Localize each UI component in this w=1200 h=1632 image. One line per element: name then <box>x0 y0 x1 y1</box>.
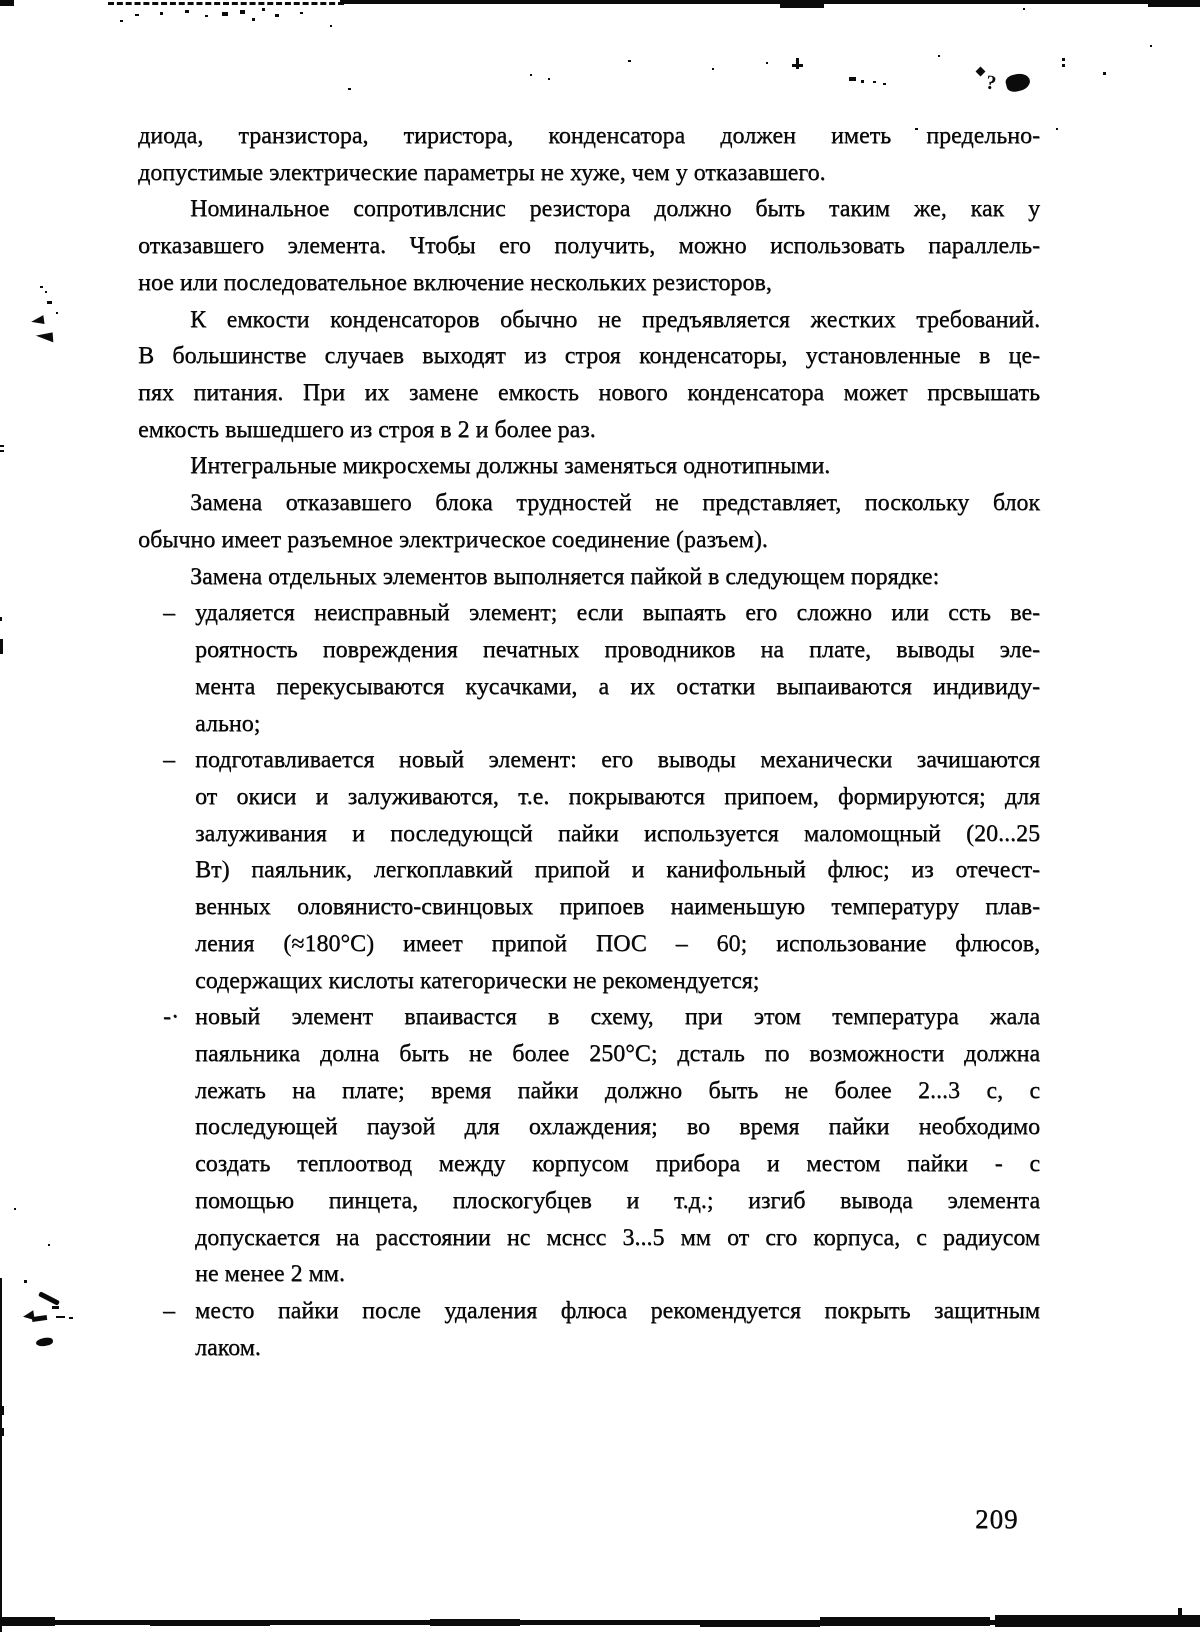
text-line: роятность повреждения печатных проводник… <box>138 632 1040 669</box>
text-line: -·новый элемент впаивастся в схему, при … <box>138 999 1040 1036</box>
bullet-dash-icon: -· <box>163 999 179 1036</box>
text-line-content: венных оловянисто-свинцовых припоев наим… <box>195 894 1040 920</box>
text-line-content: место пайки после удаления флюса рекомен… <box>195 1298 1040 1324</box>
text-line: помощью пинцета, плоскогубцев и т.д.; из… <box>138 1183 1040 1220</box>
text-line: пях питания. При их замене емкость новог… <box>138 375 1040 412</box>
text-line: содержащих кислоты категорически не реко… <box>138 963 1040 1000</box>
text-line: Замена отдельных элементов выполняется п… <box>138 559 1040 596</box>
text-line-content: отказавшего элемента. Чтобы его получить… <box>138 233 1040 259</box>
text-line-content: Замена отказавшего блока трудностей не п… <box>190 490 1040 516</box>
text-line: Номинальное сопротивлснис резистора долж… <box>138 191 1040 228</box>
text-line-content: К емкости конденсаторов обычно не предъя… <box>190 307 1040 333</box>
text-line: допускается на расстоянии нс мснсс 3...5… <box>138 1220 1040 1257</box>
text-line: паяльника долна быть не более 250°С; дст… <box>138 1036 1040 1073</box>
scan-artifact-top-line <box>340 0 1200 4</box>
scan-artifact <box>1148 0 1200 7</box>
text-line-content: емкость вышедшего из строя в 2 и более р… <box>138 417 596 443</box>
scan-artifact-star <box>976 67 986 77</box>
scan-artifact-blob <box>35 1336 53 1347</box>
text-line: допустимые электрические параметры не ху… <box>138 155 1040 192</box>
page-number: 209 <box>975 1504 1019 1535</box>
text-line: лаком. <box>138 1330 1040 1367</box>
text-line: создать теплоотвод между корпусом прибор… <box>138 1146 1040 1183</box>
text-line-content: от окиси и залуживаются, т.е. покрываютс… <box>195 784 1040 810</box>
text-line: отказавшего элемента. Чтобы его получить… <box>138 228 1040 265</box>
scan-artifact-wedge <box>36 332 54 343</box>
text-line: –подготавливается новый элемент: его выв… <box>138 742 1040 779</box>
text-line: мента перекусываются кусачками, а их ост… <box>138 669 1040 706</box>
text-line-content: мента перекусываются кусачками, а их ост… <box>195 674 1040 700</box>
text-line-content: помощью пинцета, плоскогубцев и т.д.; из… <box>195 1188 1040 1214</box>
scan-artifact-blob <box>1004 71 1031 93</box>
text-line-content: новый элемент впаивастся в схему, при эт… <box>195 1004 1040 1030</box>
text-line-content: создать теплоотвод между корпусом прибор… <box>195 1151 1040 1177</box>
text-block: диода, транзистора, тиристора, конденсат… <box>138 118 1040 1366</box>
text-line: ное или последовательное включение неско… <box>138 265 1040 302</box>
text-line-content: ное или последовательное включение неско… <box>138 270 772 296</box>
text-line: Вт) паяльник, легкоплавкий припой и кани… <box>138 852 1040 889</box>
text-line-content: паяльника долна быть не более 250°С; дст… <box>195 1041 1040 1067</box>
text-line-content: не менее 2 мм. <box>195 1261 345 1287</box>
text-line: обычно имеет разъемное электрическое сое… <box>138 522 1040 559</box>
text-line: венных оловянисто-свинцовых припоев наим… <box>138 889 1040 926</box>
scan-artifact-question-mark: ? <box>984 71 997 95</box>
text-line-content: Замена отдельных элементов выполняется п… <box>190 564 939 590</box>
bullet-dash-icon: – <box>163 595 175 632</box>
text-line: диода, транзистора, тиристора, конденсат… <box>138 118 1040 155</box>
text-line-content: ления (≈180°С) имеет припой ПОС – 60; ис… <box>195 931 1040 957</box>
text-line-content: залуживания и последующсй пайки использу… <box>195 821 1040 847</box>
text-line-content: допускается на расстоянии нс мснсс 3...5… <box>195 1225 1040 1251</box>
scan-artifact-top-dashes <box>108 2 344 5</box>
text-line: Замена отказавшего блока трудностей не п… <box>138 485 1040 522</box>
text-line: последующей паузой для охлаждения; во вр… <box>138 1109 1040 1146</box>
scan-artifact <box>780 0 824 8</box>
text-line-content: роятность повреждения печатных проводник… <box>195 637 1040 663</box>
scan-artifact-arrow-tip <box>22 1310 34 1321</box>
text-line: Интегральные микросхемы должны заменятьс… <box>138 448 1040 485</box>
text-line: емкость вышедшего из строя в 2 и более р… <box>138 412 1040 449</box>
text-line-content: последующей паузой для охлаждения; во вр… <box>195 1114 1040 1140</box>
text-line-content: Вт) паяльник, легкоплавкий припой и кани… <box>195 857 1040 883</box>
text-line-content: обычно имеет разъемное электрическое сое… <box>138 527 768 553</box>
text-line-content: ально; <box>195 711 260 737</box>
text-line-content: В большинстве случаев выходят из строя к… <box>138 343 1040 369</box>
text-line-content: пях питания. При их замене емкость новог… <box>138 380 1040 406</box>
text-line: К емкости конденсаторов обычно не предъя… <box>138 302 1040 339</box>
text-line: В большинстве случаев выходят из строя к… <box>138 338 1040 375</box>
bullet-dash-icon: – <box>163 1293 175 1330</box>
text-line: лежать на плате; время пайки должно быть… <box>138 1073 1040 1110</box>
scanned-document-page: диода, транзистора, тиристора, конденсат… <box>0 0 1200 1632</box>
scan-artifact-arrow <box>30 315 44 326</box>
text-line: ально; <box>138 706 1040 743</box>
text-line: не менее 2 мм. <box>138 1256 1040 1293</box>
bullet-dash-icon: – <box>163 742 175 779</box>
text-line-content: допустимые электрические параметры не ху… <box>138 160 826 186</box>
scan-artifact-left-line <box>0 1278 2 1632</box>
text-line: залуживания и последующсй пайки использу… <box>138 816 1040 853</box>
text-line-content: содержащих кислоты категорически не реко… <box>195 968 759 994</box>
scan-artifact <box>0 0 14 6</box>
text-line-content: подготавливается новый элемент: его выво… <box>195 747 1040 773</box>
text-line-content: лаком. <box>195 1335 261 1361</box>
scan-artifact-stroke <box>38 1291 60 1305</box>
text-line-content: Интегральные микросхемы должны заменятьс… <box>190 453 830 479</box>
text-line: ления (≈180°С) имеет припой ПОС – 60; ис… <box>138 926 1040 963</box>
text-line-content: Номинальное сопротивлснис резистора долж… <box>190 196 1040 222</box>
text-line: от окиси и залуживаются, т.е. покрываютс… <box>138 779 1040 816</box>
text-line-content: лежать на плате; время пайки должно быть… <box>195 1078 1040 1104</box>
text-line-content: диода, транзистора, тиристора, конденсат… <box>138 123 1040 149</box>
text-line: –место пайки после удаления флюса рекоме… <box>138 1293 1040 1330</box>
text-line-content: удаляется неисправный элемент; если выпа… <box>195 600 1040 626</box>
text-line: –удаляется неисправный элемент; если вып… <box>138 595 1040 632</box>
